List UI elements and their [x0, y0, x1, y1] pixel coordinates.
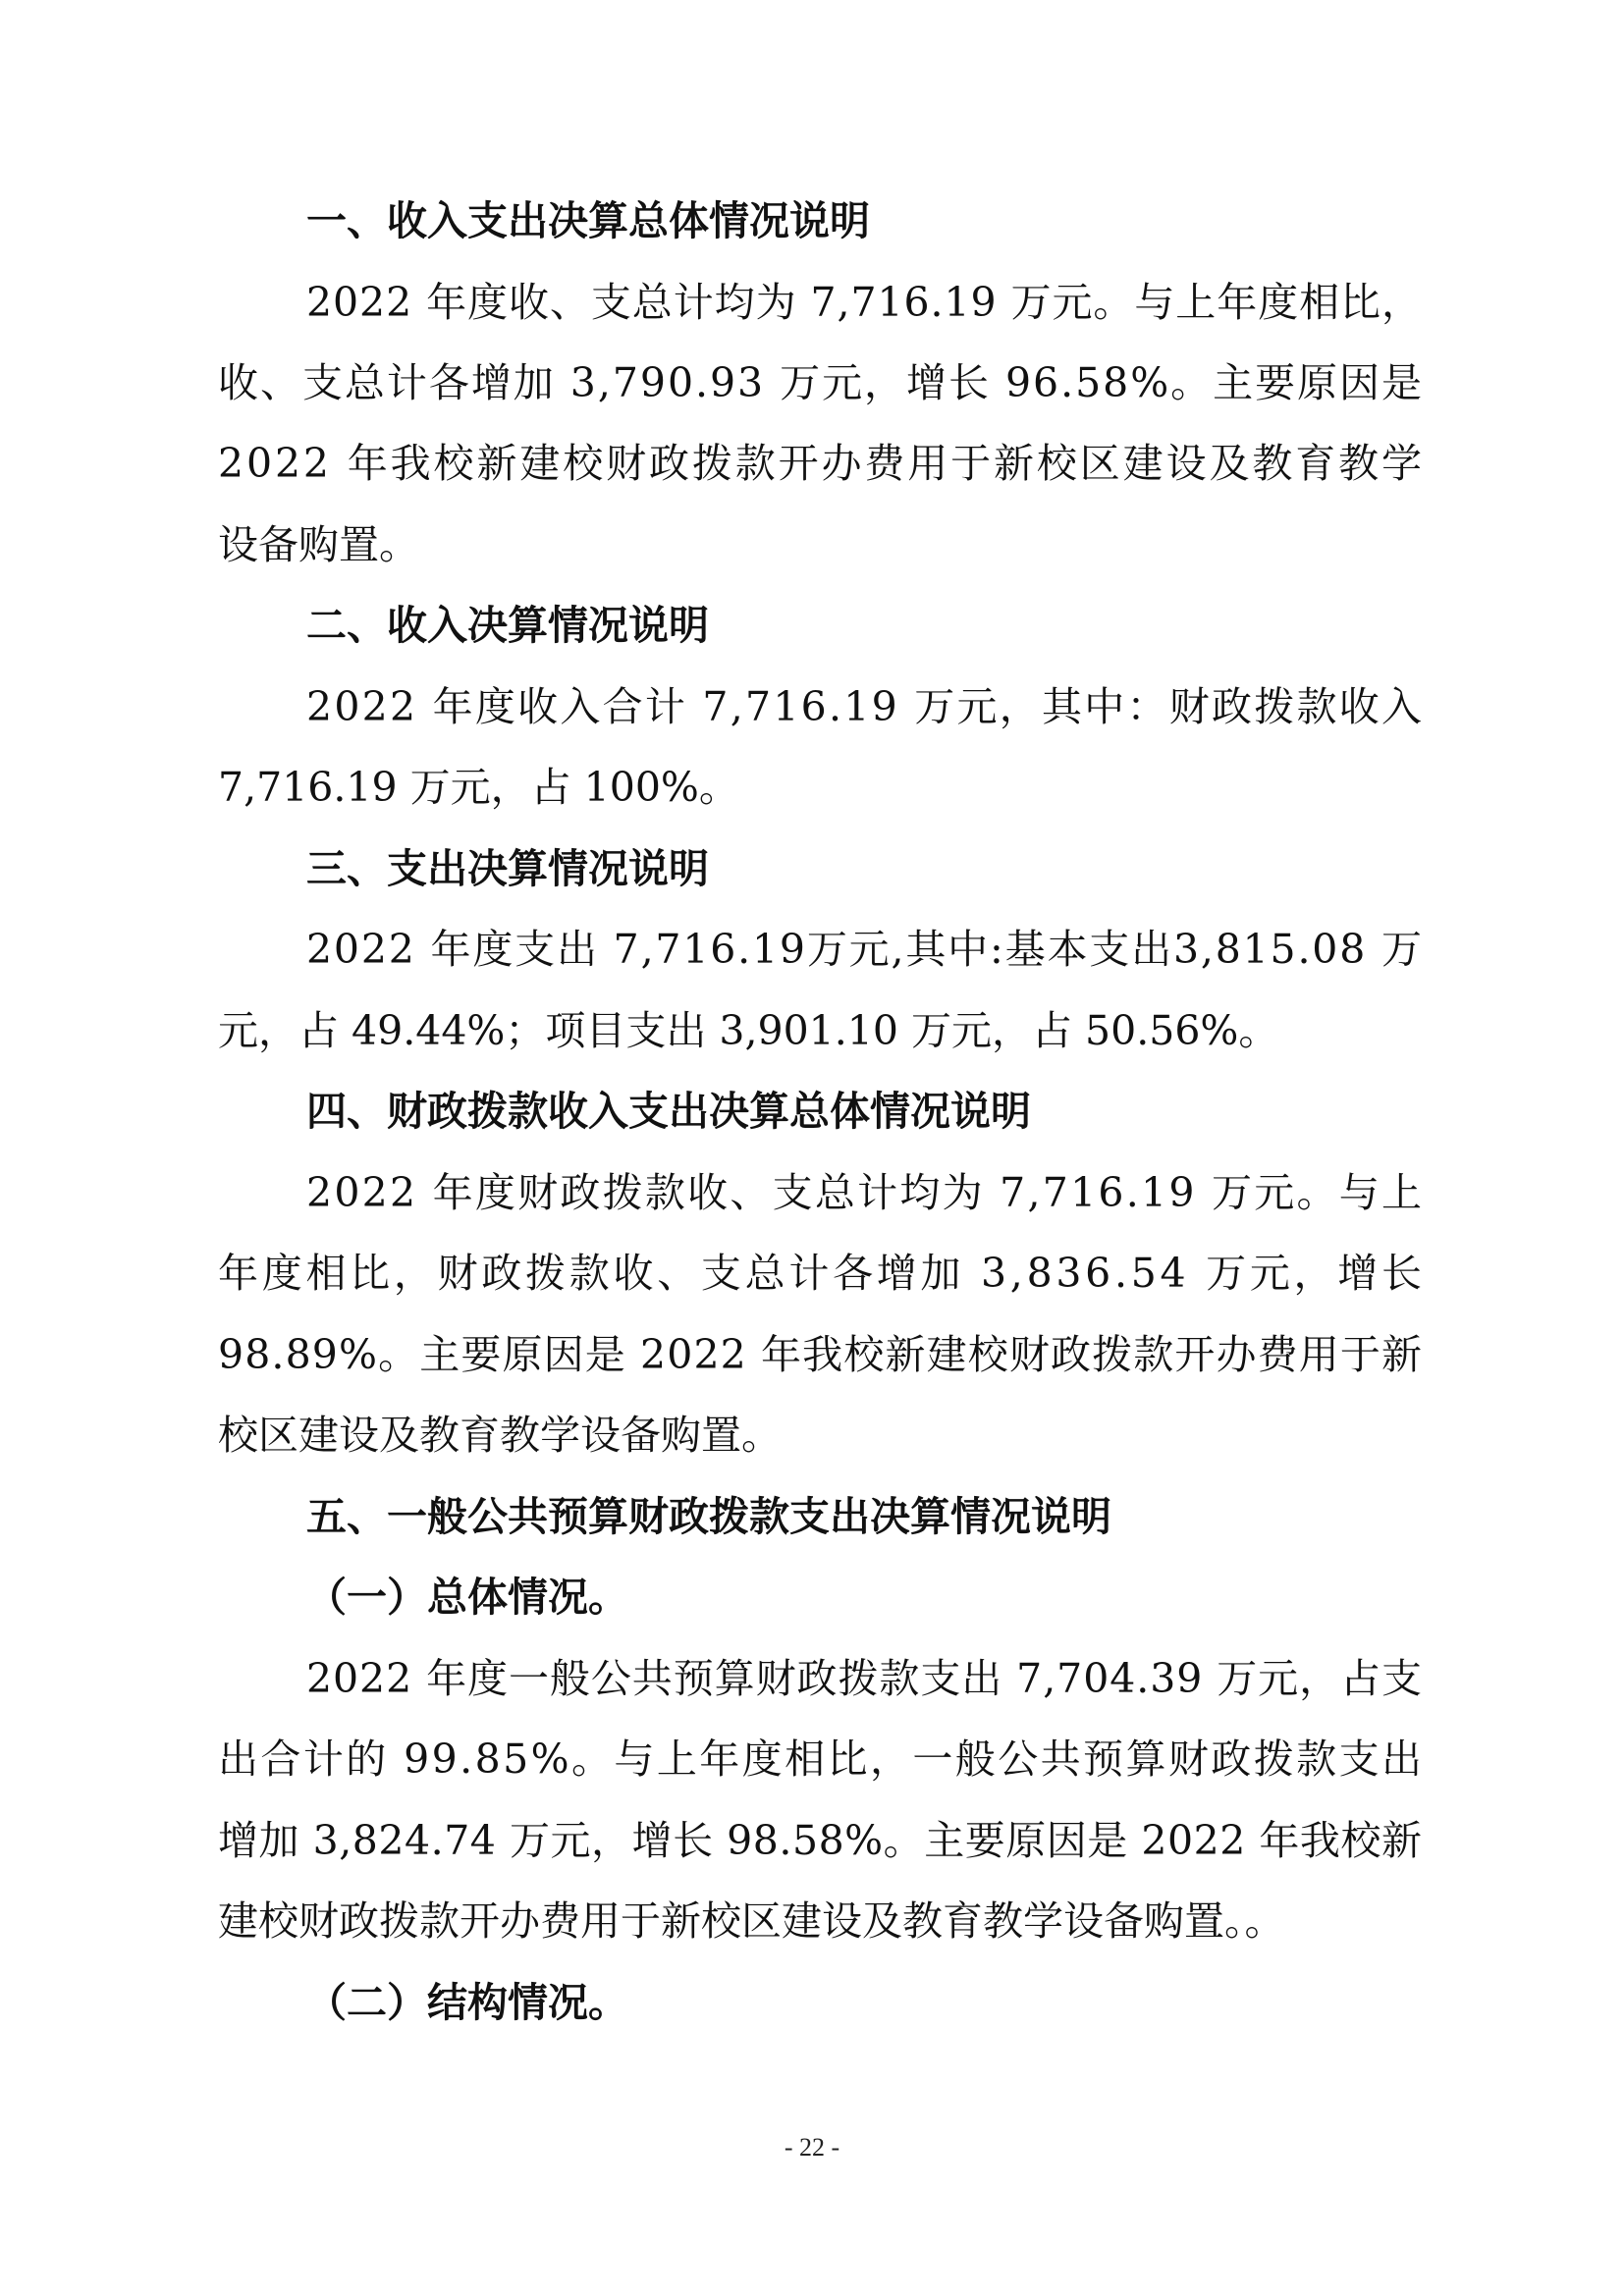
- paragraph-line: 2022 年度收入合计 7,716.19 万元，其中：财政拨款收入: [306, 682, 1424, 731]
- paragraph-line: 2022 年度一般公共预算财政拨款支出 7,704.39 万元，占支: [306, 1654, 1423, 1703]
- paragraph-line: 2022 年度财政拨款收、支总计均为 7,716.19 万元。与上: [306, 1168, 1424, 1217]
- paragraph-line: 7,716.19 万元，占 100%。: [218, 763, 739, 812]
- section-heading: 三、支出决算情况说明: [306, 844, 709, 893]
- paragraph-line: 元，占 49.44%；项目支出 3,901.10 万元，占 50.56%。: [218, 1006, 1278, 1055]
- section-heading: （二）结构情况。: [306, 1978, 628, 2027]
- paragraph-line: 建校财政拨款开办费用于新校区建设及教育教学设备购置。。: [218, 1896, 1285, 1946]
- document-page: 一、收入支出决算总体情况说明2022 年度收、支总计均为 7,716.19 万元…: [0, 0, 1624, 2296]
- paragraph-line: 2022 年我校新建校财政拨款开办费用于新校区建设及教育教学: [218, 439, 1425, 488]
- paragraph-line: 设备购置。: [218, 520, 419, 569]
- paragraph-line: 出合计的 99.85%。与上年度相比，一般公共预算财政拨款支出: [218, 1735, 1424, 1784]
- section-heading: 五、一般公共预算财政拨款支出决算情况说明: [306, 1492, 1111, 1541]
- paragraph-line: 98.89%。主要原因是 2022 年我校新建校财政拨款开办费用于新: [218, 1330, 1423, 1379]
- paragraph-line: 校区建设及教育教学设备购置。: [218, 1411, 782, 1460]
- section-heading: 四、财政拨款收入支出决算总体情况说明: [306, 1087, 1031, 1136]
- paragraph-line: 2022 年度收、支总计均为 7,716.19 万元。与上年度相比，: [306, 278, 1423, 327]
- paragraph-line: 年度相比，财政拨款收、支总计各增加 3,836.54 万元，增长: [218, 1249, 1426, 1298]
- paragraph-line: 2022 年度支出 7,716.19万元,其中:基本支出3,815.08 万: [306, 925, 1424, 974]
- section-heading: 一、收入支出决算总体情况说明: [306, 196, 870, 245]
- page-number: - 22 -: [0, 2133, 1624, 2163]
- section-heading: 二、收入决算情况说明: [306, 601, 709, 650]
- section-heading: （一）总体情况。: [306, 1573, 628, 1622]
- paragraph-line: 收、支总计各增加 3,790.93 万元，增长 96.58%。主要原因是: [218, 358, 1424, 407]
- paragraph-line: 增加 3,824.74 万元，增长 98.58%。主要原因是 2022 年我校新: [218, 1816, 1423, 1865]
